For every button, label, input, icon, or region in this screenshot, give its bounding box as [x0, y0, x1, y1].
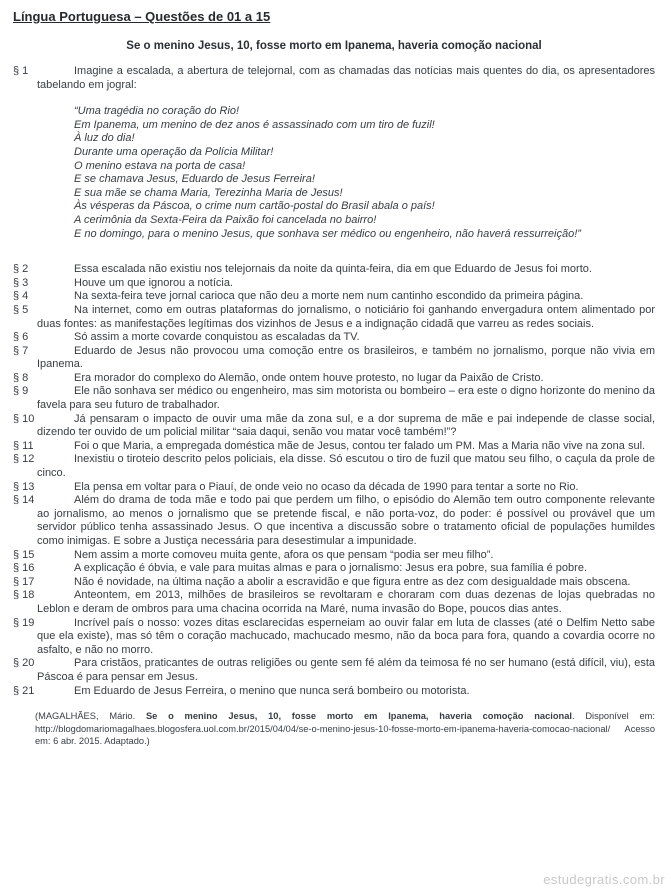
- paragraph-marker: § 21: [13, 685, 34, 699]
- paragraph-marker: § 11: [13, 440, 34, 454]
- paragraph: § 7 Eduardo de Jesus não provocou uma co…: [13, 345, 655, 372]
- paragraph-body: Só assim a morte covarde conquistou as e…: [37, 331, 655, 345]
- paragraph-marker: § 18: [13, 589, 34, 603]
- paragraph-marker: § 2: [13, 263, 28, 277]
- paragraph-body: Houve um que ignorou a notícia.: [37, 277, 655, 291]
- paragraph-marker: § 14: [13, 494, 34, 508]
- paragraph-body: Além do drama de toda mãe e todo pai que…: [37, 494, 655, 548]
- paragraph: § 21 Em Eduardo de Jesus Ferreira, o men…: [13, 685, 655, 699]
- paragraph: § 14 Além do drama de toda mãe e todo pa…: [13, 494, 655, 548]
- quote-line: E no domingo, para o menino Jesus, que s…: [37, 228, 655, 242]
- paragraph-body: Ela pensa em voltar para o Piauí, de ond…: [37, 481, 655, 495]
- paragraph-marker: § 17: [13, 576, 34, 590]
- paragraph-marker: § 15: [13, 549, 34, 563]
- paragraph: § 15 Nem assim a morte comoveu muita gen…: [13, 549, 655, 563]
- quote-line: Durante uma operação da Polícia Militar!: [37, 146, 655, 160]
- paragraph: § 20 Para cristãos, praticantes de outra…: [13, 657, 655, 684]
- paragraph-body: Em Eduardo de Jesus Ferreira, o menino q…: [37, 685, 655, 699]
- paragraph: § 17 Não é novidade, na última nação a a…: [13, 576, 655, 590]
- paragraph-body: Nem assim a morte comoveu muita gente, a…: [37, 549, 655, 563]
- paragraph-body: Eduardo de Jesus não provocou uma comoçã…: [37, 345, 655, 372]
- paragraph: § 9 Ele não sonhava ser médico ou engenh…: [13, 385, 655, 412]
- citation: (MAGALHÃES, Mário. Se o menino Jesus, 10…: [35, 710, 655, 748]
- paragraph-marker: § 12: [13, 453, 34, 467]
- quote-line: Às vésperas da Páscoa, o crime num cartã…: [37, 200, 655, 214]
- paragraph-marker: § 19: [13, 617, 34, 631]
- paragraph-marker: § 4: [13, 290, 28, 304]
- paragraph-body: Foi o que Maria, a empregada doméstica m…: [37, 440, 655, 454]
- paragraph: § 3 Houve um que ignorou a notícia.: [13, 277, 655, 291]
- quote-line: Em Ipanema, um menino de dez anos é assa…: [37, 119, 655, 133]
- paragraph: § 18 Anteontem, em 2013, milhões de bras…: [13, 589, 655, 616]
- quote-line: À luz do dia!: [37, 132, 655, 146]
- quote-line: “Uma tragédia no coração do Rio!: [37, 105, 655, 119]
- quote-line: E se chamava Jesus, Eduardo de Jesus Fer…: [37, 173, 655, 187]
- paragraph-marker: § 9: [13, 385, 28, 399]
- paragraph-body: Já pensaram o impacto de ouvir uma mãe d…: [37, 413, 655, 440]
- page-title: Língua Portuguesa – Questões de 01 a 15: [13, 9, 655, 24]
- paragraph-body: Inexistiu o tiroteio descrito pelos poli…: [37, 453, 655, 480]
- quote-line: O menino estava na porta de casa!: [37, 160, 655, 174]
- paragraph-marker: § 5: [13, 304, 28, 318]
- paragraph: § 19 Incrível país o nosso: vozes ditas …: [13, 617, 655, 658]
- paragraph: § 16 A explicação é óbvia, e vale para m…: [13, 562, 655, 576]
- paragraph: § 5 Na internet, como em outras platafor…: [13, 304, 655, 331]
- paragraph-marker: § 8: [13, 372, 28, 386]
- watermark: estudegratis.com.br: [543, 873, 665, 887]
- paragraph-body: Para cristãos, praticantes de outras rel…: [37, 657, 655, 684]
- paragraph: § 11 Foi o que Maria, a empregada domést…: [13, 440, 655, 454]
- paragraph-body: Era morador do complexo do Alemão, onde …: [37, 372, 655, 386]
- paragraph: § 13 Ela pensa em voltar para o Piauí, d…: [13, 481, 655, 495]
- citation-prefix: (MAGALHÃES, Mário.: [35, 711, 146, 721]
- paragraph: § 1 Imagine a escalada, a abertura de te…: [13, 65, 655, 92]
- paragraph: § 4 Na sexta-feira teve jornal carioca q…: [13, 290, 655, 304]
- quote-line: A cerimônia da Sexta-Feira da Paixão foi…: [37, 214, 655, 228]
- paragraph-body: Na internet, como em outras plataformas …: [37, 304, 655, 331]
- paragraph-body: Essa escalada não existiu nos telejornai…: [37, 263, 655, 277]
- article-subtitle: Se o menino Jesus, 10, fosse morto em Ip…: [13, 39, 655, 53]
- paragraph-marker: § 3: [13, 277, 28, 291]
- paragraph: § 2 Essa escalada não existiu nos telejo…: [13, 263, 655, 277]
- paragraph: § 12 Inexistiu o tiroteio descrito pelos…: [13, 453, 655, 480]
- paragraph-marker: § 6: [13, 331, 28, 345]
- paragraph-body: Incrível país o nosso: vozes ditas escla…: [37, 617, 655, 658]
- document-page: Língua Portuguesa – Questões de 01 a 15 …: [0, 0, 671, 890]
- paragraph-marker: § 20: [13, 657, 34, 671]
- paragraph: § 6 Só assim a morte covarde conquistou …: [13, 331, 655, 345]
- paragraph-marker: § 7: [13, 345, 28, 359]
- paragraph-marker: § 16: [13, 562, 34, 576]
- quote-line: E sua mãe se chama Maria, Terezinha Mari…: [37, 187, 655, 201]
- paragraph: § 8 Era morador do complexo do Alemão, o…: [13, 372, 655, 386]
- paragraph-marker: § 1: [13, 65, 28, 79]
- paragraph-body: Anteontem, em 2013, milhões de brasileir…: [37, 589, 655, 616]
- paragraph-marker: § 13: [13, 481, 34, 495]
- citation-bold-title: Se o menino Jesus, 10, fosse morto em Ip…: [146, 711, 572, 721]
- paragraph-marker: § 10: [13, 413, 34, 427]
- paragraph-body: Na sexta-feira teve jornal carioca que n…: [37, 290, 655, 304]
- quote-block: “Uma tragédia no coração do Rio! Em Ipan…: [13, 105, 655, 241]
- paragraph-body: A explicação é óbvia, e vale para muitas…: [37, 562, 655, 576]
- paragraph-body: Não é novidade, na última nação a abolir…: [37, 576, 655, 590]
- paragraph: § 10 Já pensaram o impacto de ouvir uma …: [13, 413, 655, 440]
- document-content: Língua Portuguesa – Questões de 01 a 15 …: [0, 0, 671, 748]
- paragraph-body: Imagine a escalada, a abertura de telejo…: [37, 65, 655, 92]
- paragraph-body: Ele não sonhava ser médico ou engenheiro…: [37, 385, 655, 412]
